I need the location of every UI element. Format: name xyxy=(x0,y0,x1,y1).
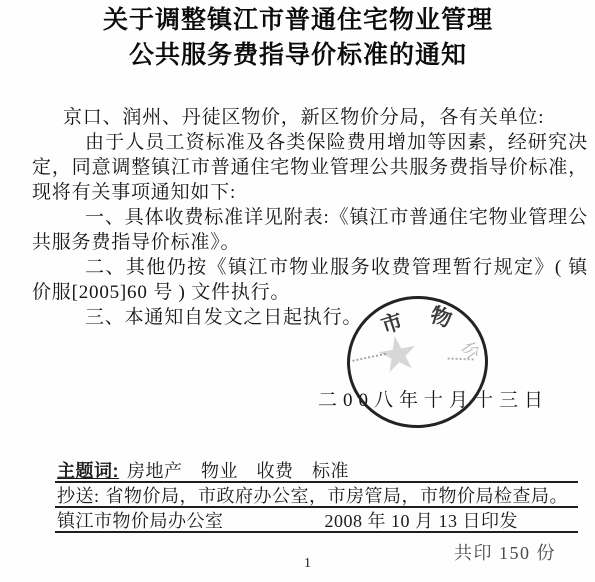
body-paragraph-item-1: 一、具体收费标准详见附表:《镇江市普通住宅物业管理公共服务费指导价标准》。 xyxy=(32,205,588,255)
body-paragraph-item-2: 二、其他仍按《镇江市物业服务收费管理暂行规定》( 镇价服[2005]60 号 )… xyxy=(32,255,588,305)
seal-smudge-mark-right xyxy=(448,352,474,361)
document-title-line-1: 关于调整镇江市普通住宅物业管理 xyxy=(18,3,578,38)
document-title-line-2: 公共服务费指导价标准的通知 xyxy=(18,38,578,73)
issuing-office: 镇江市物价局办公室 xyxy=(57,511,224,529)
seal-arc-character-wu: 物 xyxy=(427,299,456,334)
issuer-row: 镇江市物价局办公室 2008 年 10 月 13 日印发 xyxy=(55,508,578,533)
body-paragraph-intro: 由于人员工资标准及各类保险费用增加等因素，经研究决定，同意调整镇江市普通住宅物业… xyxy=(32,130,588,205)
subject-words-label: 主题词: xyxy=(57,461,119,481)
print-date: 2008 年 10 月 13 日印发 xyxy=(325,511,579,529)
copy-to-recipients: 省物价局，市政府办公室，市房管局，市物价局检查局。 xyxy=(106,486,569,506)
notice-document-page: 关于调整镇江市普通住宅物业管理 公共服务费指导价标准的通知 京口、润州、丹徒区物… xyxy=(0,0,595,582)
copy-to-row: 抄送:省物价局，市政府办公室，市房管局，市物价局检查局。 xyxy=(55,483,578,508)
document-footer-block: 主题词:房地产 物业 收费 标准 抄送:省物价局，市政府办公室，市房管局，市物价… xyxy=(55,460,578,565)
print-copies-count: 共印 150 份 xyxy=(55,533,578,565)
copy-to-label: 抄送: xyxy=(57,486,100,506)
page-number: 1 xyxy=(304,556,311,572)
document-title: 关于调整镇江市普通住宅物业管理 公共服务费指导价标准的通知 xyxy=(18,3,578,73)
body-paragraph-item-3: 三、本通知自发文之日起执行。 xyxy=(32,305,588,330)
document-body: 京口、润州、丹徒区物价，新区物价分局，各有关单位: 由于人员工资标准及各类保险费… xyxy=(32,105,588,330)
subject-words-terms: 房地产 物业 收费 标准 xyxy=(127,461,349,481)
salutation-line: 京口、润州、丹徒区物价，新区物价分局，各有关单位: xyxy=(32,105,588,130)
subject-words-row: 主题词:房地产 物业 收费 标准 xyxy=(55,460,578,483)
